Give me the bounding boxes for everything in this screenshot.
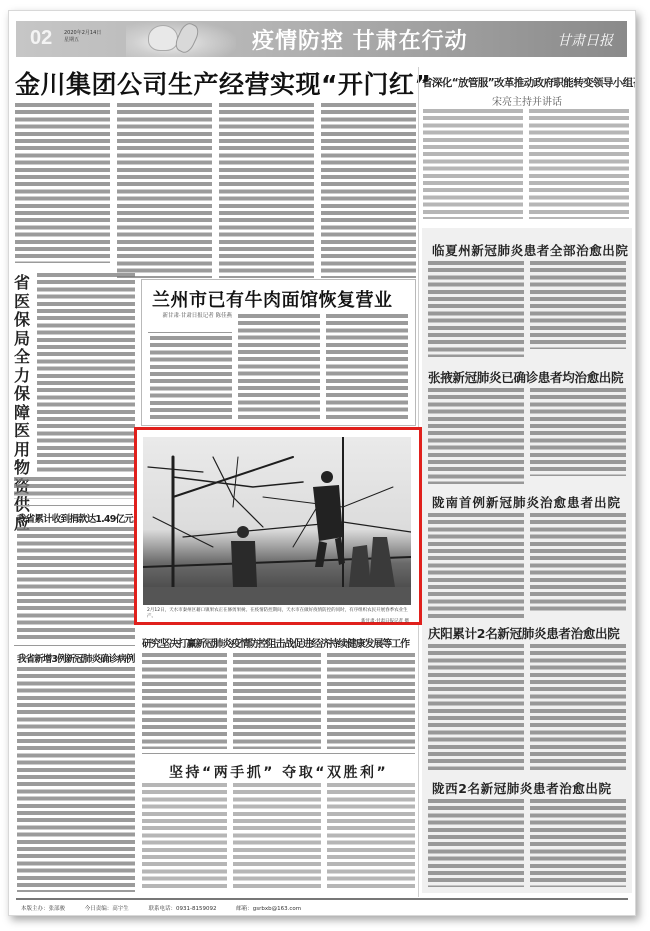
sidebar-body-longnan-2: [530, 513, 626, 613]
research-body-col-3: [327, 653, 415, 749]
lead-body-col-4: [321, 103, 416, 278]
recovery-news-panel: 临夏州新冠肺炎患者全部治愈出院 张掖新冠肺炎已确诊患者均治愈出院 陇南首例新冠肺…: [422, 228, 632, 893]
masthead-photo: [126, 21, 236, 57]
divider: [142, 753, 415, 754]
medical-worker-figure: [148, 25, 178, 51]
top-right-headline: 省深化“放管服”改革推动政府职能转变领导小组召开会议: [422, 75, 632, 90]
issue-date: 2020年2月14日 星期五: [64, 30, 101, 44]
footer-divider: [16, 898, 628, 900]
commentary-body-col-3: [327, 783, 415, 891]
lead-body-col-3: [219, 103, 314, 278]
lanzhou-body-col-3: [326, 314, 408, 422]
footer-editor: 本版主办：张部骏: [21, 906, 65, 912]
top-right-body-col-2: [529, 109, 629, 219]
commentary-body-col-1: [142, 783, 227, 891]
new-cases-headline: 我省新增3例新冠肺炎确诊病例: [17, 651, 135, 665]
sidebar-body-longxi-1: [428, 799, 524, 887]
research-body-col-2: [233, 653, 321, 749]
sidebar-body-zhangye-2: [530, 388, 626, 476]
lanzhou-body-col-2: [238, 314, 320, 422]
sidebar-headline-linxia: 临夏州新冠肺炎患者全部治愈出院: [432, 241, 629, 259]
sidebar-body-longxi-2: [530, 799, 626, 887]
lead-headline: 金川集团公司生产经营实现“开门红”: [15, 65, 415, 101]
newspaper-page: 02 2020年2月14日 星期五 疫情防控 甘肃在行动 甘肃日报 金川集团公司…: [8, 10, 636, 916]
divider: [148, 332, 232, 333]
commentary-body-col-2: [233, 783, 321, 891]
new-cases-body: [17, 667, 135, 892]
orchard-pruning-photo: [143, 437, 411, 605]
sidebar-body-qingyang-1: [428, 644, 524, 770]
lanzhou-headline: 兰州市已有牛肉面馆恢复营业: [152, 286, 393, 312]
sidebar-headline-longnan: 陇南首例新冠肺炎治愈患者出院: [432, 493, 621, 511]
page-number: 02: [30, 27, 52, 50]
research-headline: 研究坚决打赢新冠肺炎疫情防控阻击战促进经济持续健康发展等工作: [142, 635, 409, 650]
divider: [14, 505, 135, 506]
divider: [14, 645, 135, 646]
footer-duty-editor: 今日责编：高宇生: [85, 906, 129, 912]
page-footer: 本版主办：张部骏 今日责编：高宇生 联系电话：0931-8159092 邮箱：g…: [21, 904, 319, 912]
sidebar-headline-zhangye: 张掖新冠肺炎已确诊患者均治愈出院: [428, 368, 623, 386]
newspaper-logo: 甘肃日报: [557, 30, 613, 50]
sidebar-body-qingyang-2: [530, 644, 626, 770]
top-right-subhead: 宋亮主持并讲话: [422, 93, 632, 108]
tree-branches-illustration: [143, 437, 411, 605]
featured-photo-box[interactable]: 2月12日，天水市秦州区藉口镇果农正在修剪果树。在疫情防控期间，天水市在做好疫情…: [134, 427, 422, 625]
section-title: 疫情防控 甘肃在行动: [252, 24, 468, 55]
sidebar-body-linxia-2: [530, 261, 626, 349]
footer-email: 邮箱：gsrbxb@163.com: [236, 906, 301, 912]
lead-body-col-2: [117, 103, 212, 278]
footer-phone: 联系电话：0931-8159092: [149, 906, 217, 912]
donations-body: [17, 527, 135, 639]
commentary-headline: 坚持“两手抓” 夺取“双胜利”: [169, 762, 388, 782]
vertical-article-body-tail: [14, 477, 135, 499]
sidebar-body-zhangye-1: [428, 388, 524, 484]
research-body-col-1: [142, 653, 227, 749]
donations-headline: 我省累计收到捐款达1.49亿元: [17, 511, 133, 525]
photo-credit: 新甘肃·甘肃日报记者 摄: [361, 618, 409, 624]
lanzhou-article: 兰州市已有牛肉面馆恢复营业 新甘肃·甘肃日报记者 陈佳燕: [141, 279, 416, 426]
sidebar-headline-qingyang: 庆阳累计2名新冠肺炎患者治愈出院: [428, 624, 619, 642]
lanzhou-byline: 新甘肃·甘肃日报记者 陈佳燕: [152, 312, 232, 320]
medical-worker-figure: [173, 21, 202, 55]
masthead: 02 2020年2月14日 星期五 疫情防控 甘肃在行动 甘肃日报: [16, 21, 627, 57]
vertical-article-body: [37, 273, 135, 473]
sidebar-headline-longxi: 陇西2名新冠肺炎患者治愈出院: [432, 779, 612, 797]
sidebar-body-linxia-1: [428, 261, 524, 357]
lead-body-col-1: [15, 103, 110, 263]
top-right-body-col-1: [423, 109, 523, 219]
lanzhou-body-col-1: [150, 336, 232, 422]
sidebar-body-longnan-1: [428, 513, 524, 618]
